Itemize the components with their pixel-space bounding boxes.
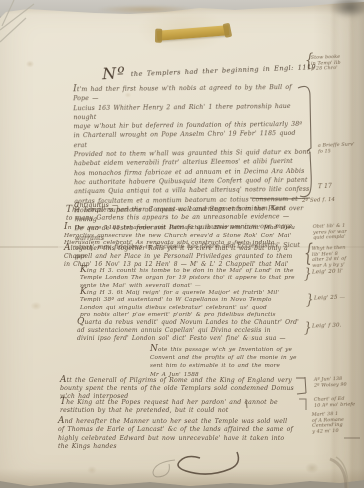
top-edge-stain <box>96 5 196 14</box>
margin-note-obit: Obit' lib' & 1 yeres for war quid compla… <box>313 223 362 241</box>
brace-icon: { <box>305 51 313 71</box>
margin-note-mart: Mart' 38 1 of A Romane Centend'ing y 42 … <box>312 411 363 435</box>
paragraph-chauntry: Quarta da rebus vendit' quod Novum Lande… <box>77 318 305 344</box>
paragraph-convent: The Templers had ther Convent-wall and S… <box>66 205 306 222</box>
margin-note-wolsey: Aº Jun' 138 2º Wolsey 90 <box>314 376 362 389</box>
margin-note-hen8: Whyt he then lib' Hen' 8 alter 2d m' of … <box>312 245 363 269</box>
manuscript-photo: Nº the Templers had ther beginning in En… <box>0 0 364 488</box>
paragraph-popes-request: The King att the Popes request had her p… <box>60 398 302 415</box>
margin-note-stow: Stow booke in Temp' lib p 28 Chro' <box>311 54 362 73</box>
paragraph-kings-handes: And hereafter the Manner unto her seat t… <box>58 417 304 451</box>
margin-note-leig25: Leig' 25 — <box>314 295 345 302</box>
tape-end-left <box>155 29 162 43</box>
margin-note-brieffe: a Brieffe Surv' fo 15 <box>318 142 362 155</box>
brace-icon: } <box>304 319 312 336</box>
paragraph-king-tombe: King H 3. countt his tombe to be don in … <box>80 267 306 290</box>
brace-icon: { <box>304 240 313 267</box>
paragraph-capellanos: King H 3. 6t Maij reign' for a querele M… <box>80 289 306 320</box>
paragraph-note-indented: Note this passage w'ch ye Inventation of… <box>150 345 312 379</box>
margin-note-leig20: Leig' 20 li' <box>312 269 343 276</box>
margin-note-leig30: Leig' f 30. <box>312 323 342 330</box>
margin-note-chart: Chart' of Ed 10 Aº mo' briefe <box>314 396 362 409</box>
paragraph-chappell: Altogether this together Rolls yet it is… <box>64 244 308 269</box>
margin-note-t17: T 17 <box>318 184 332 190</box>
brace-icon: } <box>306 291 314 308</box>
heading-initial: Nº <box>102 63 126 83</box>
brace-icon: } <box>304 265 312 282</box>
